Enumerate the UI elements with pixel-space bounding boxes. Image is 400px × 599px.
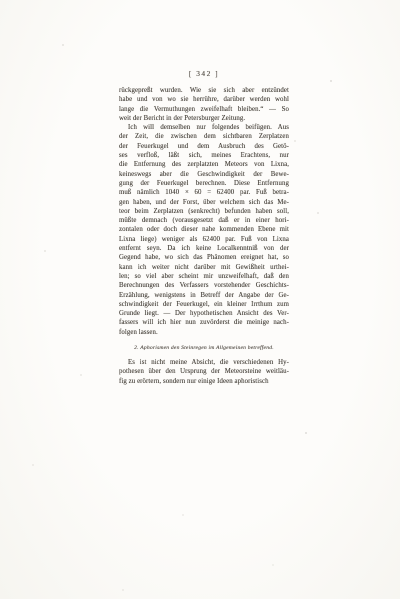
text-line: fassers will ich hier nun zuvörderst die… [119, 318, 289, 327]
section-heading: 2. Aphorismen den Steinregen im Allgemei… [119, 345, 289, 352]
page-number: [ 342 ] [119, 70, 289, 78]
text-line: len; so viel aber scheint mir unzweifelh… [119, 272, 289, 281]
text-line: zontalen oder doch dieser nahe kommenden… [119, 225, 289, 234]
text-line: lange die Vermuthungen zweifelhaft bleib… [119, 105, 289, 114]
text-line: der Zeit, die zwischen dem sichtbaren Ze… [119, 132, 289, 141]
text-line: entfernt seyn. Da ich keine Localkenntni… [119, 244, 289, 253]
text-line: Lixna liege) weniger als 62400 par. Fuß … [119, 235, 289, 244]
text-line: Erzählung, wenigstens in Betreff der Ang… [119, 291, 289, 300]
text-line: gung der Feuerkugel berechnen. Diese Ent… [119, 179, 289, 188]
text-line: die Entfernung des zerplatzten Meteors v… [119, 160, 289, 169]
paragraph-aphorisms-intro: Es ist nicht meine Absicht, die verschie… [119, 358, 289, 386]
text-line: Grunde liegt. — Der hypothetischen Ansic… [119, 309, 289, 318]
text-line: Berechnungen des Verfassers vorstehender… [119, 281, 289, 290]
text-line: weit der Bericht in der Petersburger Zei… [119, 114, 289, 123]
text-line: teor beim Zerplatzen (senkrecht) befunde… [119, 207, 289, 216]
paragraph-report-continuation: rückgepreßt wurden. Wie sie sich aber en… [119, 86, 289, 123]
text-line: habe und von wo sie herrühre, darüber we… [119, 95, 289, 104]
text-line: müßte demnach (vorausgesetzt daß er in e… [119, 216, 289, 225]
scanned-book-page: [ 342 ] rückgepreßt wurden. Wie sie sich… [0, 0, 400, 599]
text-line: schwindigkeit der Feuerkugel, ein kleine… [119, 300, 289, 309]
text-line: kann ich weiter nicht darüber mit Gewißh… [119, 263, 289, 272]
text-line: Gegend habe, wo sich das Phänomen ereign… [119, 253, 289, 262]
text-block: [ 342 ] rückgepreßt wurden. Wie sie sich… [119, 70, 289, 386]
text-line: der Feuerkugel und dem Ausbruch des Getö… [119, 142, 289, 151]
text-line: folgen lassen. [119, 328, 289, 337]
text-line: keineswegs aber die Geschwindigkeit der … [119, 170, 289, 179]
text-line: ses verfloß, läßt sich, meines Erachtens… [119, 151, 289, 160]
text-line: pothesen über den Ursprung der Meteorste… [119, 367, 289, 376]
paragraph-distance-calculation: Ich will demselben nur folgendes beifüge… [119, 123, 289, 337]
scan-noise-specks [62, 44, 64, 46]
text-line: gen haben, und der Forst, über welchem s… [119, 198, 289, 207]
text-line: Es ist nicht meine Absicht, die verschie… [119, 358, 289, 367]
text-line: rückgepreßt wurden. Wie sie sich aber en… [119, 86, 289, 95]
text-line: muß nämlich 1040 × 60 = 62400 par. Fuß b… [119, 188, 289, 197]
text-line: fig zu erörtern, sondern nur einige Idee… [119, 377, 289, 386]
text-line: Ich will demselben nur folgendes beifüge… [119, 123, 289, 132]
